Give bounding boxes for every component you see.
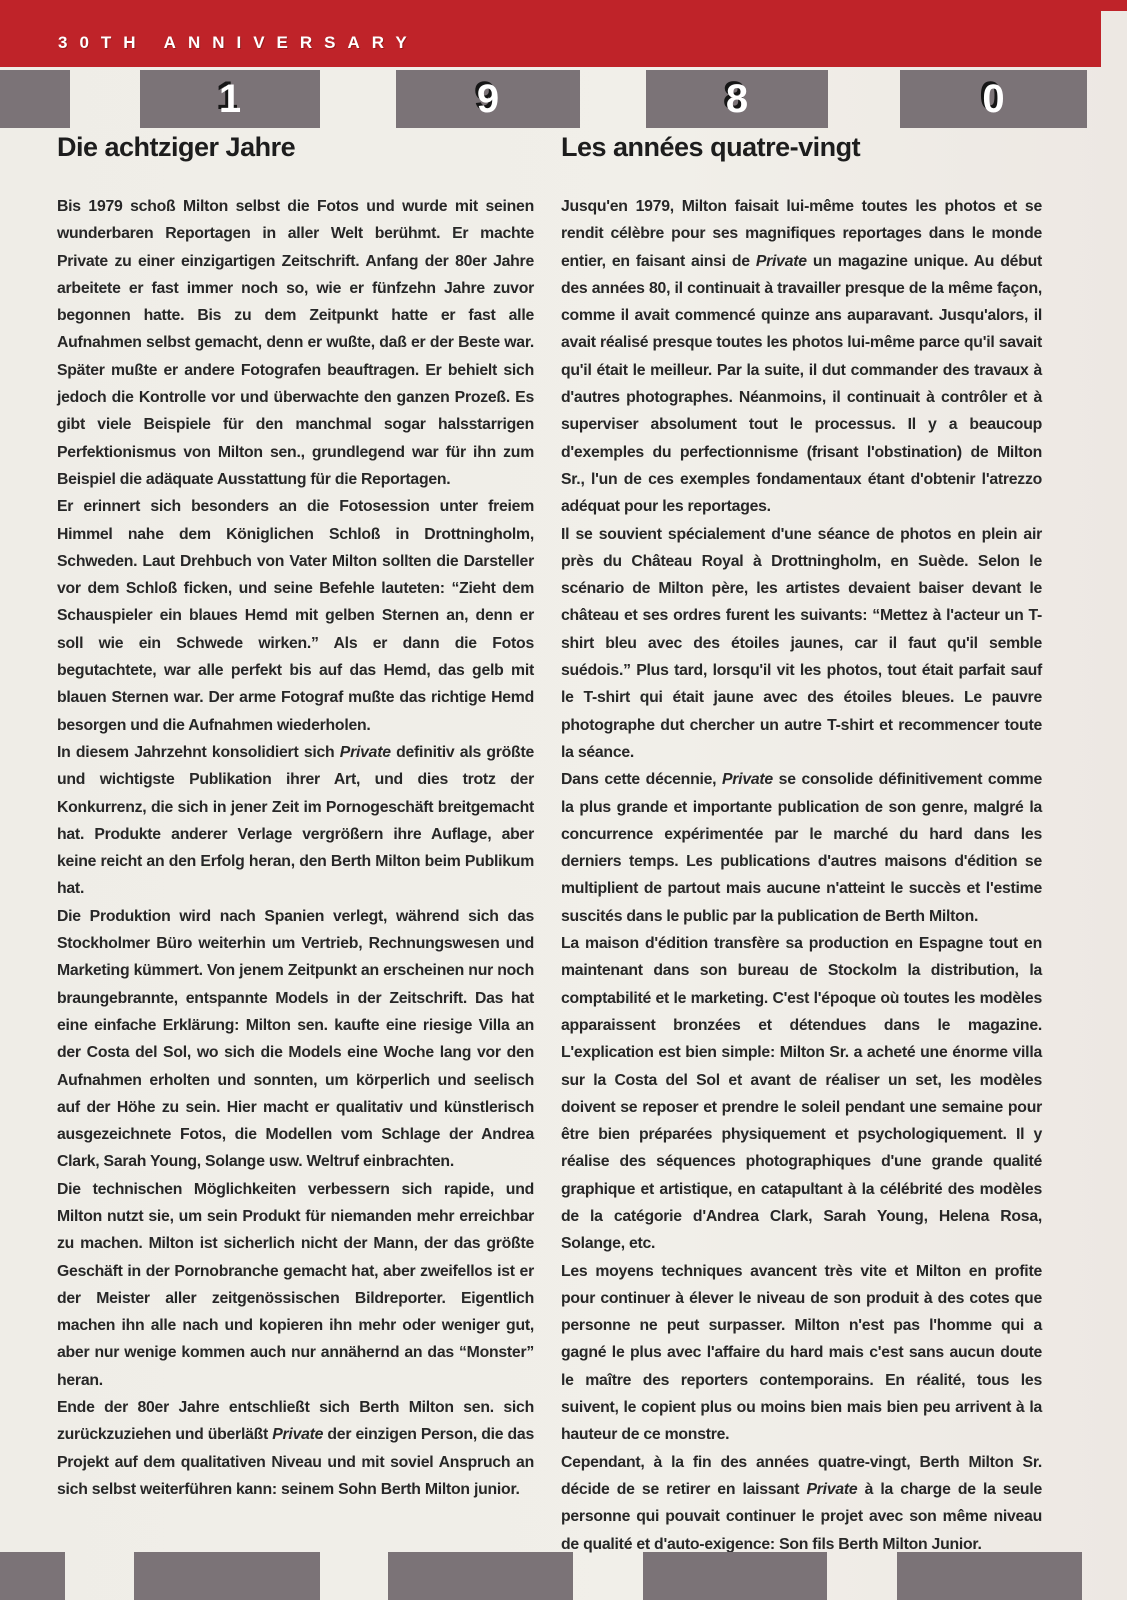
year-digit: 8	[726, 70, 748, 128]
text-run: Bis 1979 schoß Milton selbst die Fotos u…	[57, 198, 534, 488]
body-paragraph: Ende der 80er Jahre entschließt sich Ber…	[57, 1394, 534, 1503]
year-digit: 0	[982, 70, 1004, 128]
year-block-9: 9	[396, 70, 580, 128]
banner-edge-strip	[1101, 0, 1127, 11]
body-paragraph: Bis 1979 schoß Milton selbst die Fotos u…	[57, 193, 534, 493]
year-block-8: 8	[646, 70, 828, 128]
body-paragraph: In diesem Jahrzehnt konsolidiert sich Pr…	[57, 739, 534, 903]
brand-name-private: Private	[340, 744, 391, 761]
text-run: In diesem Jahrzehnt konsolidiert sich	[57, 744, 340, 761]
year-block-blank	[0, 70, 70, 128]
year-block-1: 1	[140, 70, 320, 128]
year-digit: 1	[219, 70, 241, 128]
body-paragraph: Die Produktion wird nach Spanien verlegt…	[57, 903, 534, 1176]
text-run: un magazine unique. Au début des années …	[561, 253, 1042, 516]
body-paragraph: Dans cette décennie, Private se consolid…	[561, 766, 1042, 930]
text-run: Dans cette décennie,	[561, 771, 722, 788]
heading-german: Die achtziger Jahre	[57, 132, 295, 163]
text-run: La maison d'édition transfère sa product…	[561, 935, 1042, 1252]
anniversary-banner: 30TH ANNIVERSARY	[0, 0, 1101, 67]
magazine-page: 30TH ANNIVERSARY 1 9 8 0 Die achtziger J…	[0, 0, 1127, 1600]
footer-block	[897, 1552, 1082, 1600]
text-run: Die Produktion wird nach Spanien verlegt…	[57, 908, 534, 1171]
text-run: Les moyens techniques avancent très vite…	[561, 1263, 1042, 1444]
body-paragraph: Er erinnert sich besonders an die Fotose…	[57, 493, 534, 739]
text-run: definitiv als größte und wichtigste Publ…	[57, 744, 534, 897]
footer-block	[643, 1552, 827, 1600]
footer-block	[388, 1552, 573, 1600]
text-run: Il se souvient spécialement d'une séance…	[561, 526, 1042, 761]
banner-title: 30TH ANNIVERSARY	[58, 33, 419, 53]
heading-french: Les années quatre-vingt	[561, 132, 860, 163]
body-paragraph: Il se souvient spécialement d'une séance…	[561, 521, 1042, 767]
body-paragraph: La maison d'édition transfère sa product…	[561, 930, 1042, 1258]
year-block-0: 0	[900, 70, 1087, 128]
text-run: se consolide définitivement comme la plu…	[561, 771, 1042, 924]
brand-name-private: Private	[756, 253, 807, 270]
body-paragraph: Jusqu'en 1979, Milton faisait lui-même t…	[561, 193, 1042, 521]
body-paragraph: Les moyens techniques avancent très vite…	[561, 1258, 1042, 1449]
brand-name-private: Private	[272, 1426, 323, 1443]
year-digit: 9	[477, 70, 499, 128]
footer-block	[134, 1552, 320, 1600]
article-column-german: Bis 1979 schoß Milton selbst die Fotos u…	[57, 193, 534, 1503]
brand-name-private: Private	[807, 1481, 858, 1498]
article-column-french: Jusqu'en 1979, Milton faisait lui-même t…	[561, 193, 1042, 1558]
brand-name-private: Private	[722, 771, 773, 788]
body-paragraph: Die technischen Möglichkeiten verbessern…	[57, 1176, 534, 1394]
footer-block	[0, 1552, 65, 1600]
text-run: Die technischen Möglichkeiten verbessern…	[57, 1181, 534, 1389]
text-run: Er erinnert sich besonders an die Fotose…	[57, 498, 534, 733]
body-paragraph: Cependant, à la fin des années quatre-vi…	[561, 1449, 1042, 1558]
